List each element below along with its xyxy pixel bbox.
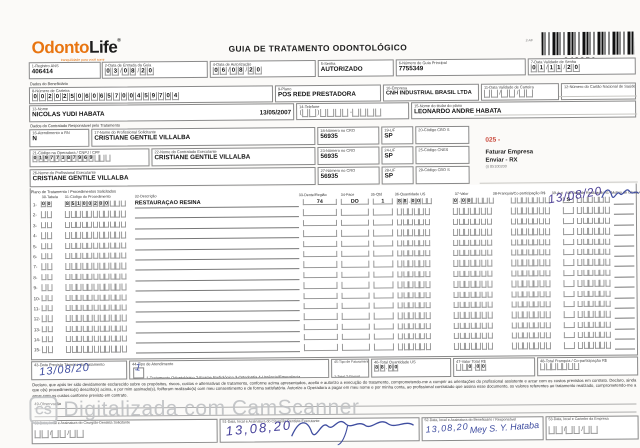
col-valor [454, 343, 493, 350]
col-quantidade-us [398, 302, 432, 309]
field-validade-senha: 7-Data Validade de Senha 01/11/20 [528, 58, 636, 76]
col-valor [454, 291, 493, 298]
field-value: SP [384, 133, 410, 141]
field-atendimento-rn: 16-Atendimento a RN N [29, 129, 89, 147]
col-face [342, 303, 370, 310]
col-face [341, 271, 369, 278]
row-number: 9- [33, 285, 37, 290]
birthdate-value: 13/05/2007 [260, 110, 292, 118]
col-valor [453, 229, 492, 236]
col-franquia [511, 218, 550, 225]
col-franquia [511, 228, 550, 235]
col-codigo-procedimento [65, 284, 127, 291]
col-tabela [41, 243, 52, 249]
col-tabela [42, 326, 53, 332]
col-aut [563, 280, 574, 286]
row-number: 5- [33, 244, 37, 249]
col-assinatura-line [614, 217, 634, 225]
field-cbo-executante: 29-Código CBO S [416, 166, 470, 184]
col-aut [563, 228, 574, 234]
col-tabela [41, 253, 52, 259]
col-codigo-procedimento [66, 346, 128, 353]
col-descricao [136, 324, 300, 333]
col-face [342, 313, 370, 320]
field-value: SP [384, 153, 410, 161]
field-label: 53-Data, local e Carimbo da Empresa [549, 418, 636, 423]
treatment-table: 30-Tabela 31-Código do Procedimento 32-D… [30, 184, 638, 361]
field-contratado-executante: 22-Nome do Contratado Executante CRISTIA… [151, 147, 315, 166]
date-boxes: // [35, 429, 215, 438]
field-value: CRISTIANE GENTILE VILLALBA [33, 173, 313, 183]
row-number: 4- [33, 233, 37, 238]
section-plano: Plano de Tratamento / Procedimentos Soli… [31, 189, 116, 195]
col-face [342, 334, 370, 341]
col-franquia [512, 301, 551, 308]
col-assinatura-line [614, 248, 634, 256]
date-boxes: 03/08/20 [105, 67, 205, 76]
col-franquia [511, 260, 550, 267]
col-codigo-procedimento [66, 304, 128, 311]
col-dente-regiao [303, 251, 337, 258]
col-franquia [511, 270, 550, 277]
col-valor [454, 302, 493, 309]
col-dente-regiao [304, 344, 338, 351]
col-codigo-procedimento [66, 325, 128, 332]
col-valor [454, 322, 493, 329]
col-quantidade-us [397, 281, 431, 288]
camscanner-watermark: CS Digitalizada com CamScanner [29, 394, 359, 425]
col-qtd [374, 334, 394, 341]
col-assinatura-line [615, 300, 635, 308]
col-aut [563, 207, 574, 213]
field-uf-executante: 24-UF SP [381, 146, 413, 164]
digit-boxes: 0,00 [456, 364, 532, 371]
col-data-realizacao [578, 332, 612, 339]
col-codigo-procedimento [65, 242, 127, 249]
col-aut [564, 311, 575, 317]
col-franquia [512, 343, 551, 350]
col-assinatura-line [615, 332, 635, 340]
col-dente-regiao [303, 272, 337, 279]
col-face: DO [341, 199, 369, 206]
col-face [341, 282, 369, 289]
field-label: 25-Código CNES [418, 148, 466, 153]
col-dente-regiao [303, 282, 337, 289]
col-tabela [41, 263, 52, 269]
col-data-realizacao [578, 290, 612, 297]
col-assinatura-line [614, 280, 634, 288]
col-quantidade-us [398, 292, 432, 299]
row-number: 7- [33, 265, 37, 270]
col-descricao [135, 210, 299, 219]
col-data-realizacao [577, 249, 611, 256]
field-value: 56935 [320, 133, 376, 141]
col-aut [563, 239, 574, 245]
field-nome-beneficiario: 13-Nome NICOLAS YUDI HABATA 13/05/2007 [29, 103, 294, 122]
col-data-realizacao [578, 311, 612, 318]
field-carimbo-empresa: 53-Data, local e Carimbo da Empresa // [546, 416, 639, 441]
col-dente-regiao [304, 292, 338, 299]
col-valor [453, 208, 492, 215]
col-data-realizacao [577, 259, 611, 266]
col-dente-regiao [303, 261, 337, 268]
col-valor [453, 250, 492, 257]
field-data-entrada-guia: 2-Data de Entrada da Guia 03/08/20 [102, 61, 208, 79]
col-quantidade-us [397, 209, 431, 216]
field-valor-total: 47-Valor Total R$ 0,00 [453, 357, 535, 377]
col-tabela [41, 274, 52, 280]
col-aut [563, 249, 574, 255]
col-tabela [41, 222, 52, 228]
col-header: 36-Quantidade US [395, 192, 426, 196]
col-tabela [42, 336, 53, 342]
col-qtd [374, 292, 394, 299]
field-value: SP [385, 173, 411, 181]
col-face [341, 209, 369, 216]
field-value: NICOLAS YUDI HABATA [32, 111, 104, 119]
handwritten-tipo-mark: 1 [135, 362, 142, 373]
field-cro-prof-executante: 27-Número no CRO 56935 [318, 167, 380, 185]
field-total-quantidade-us: 46-Total Quantidade US 88,00 [371, 358, 451, 378]
col-qtd [373, 209, 393, 216]
field-value: CRISTIANE GENTILE VILLALBA [94, 133, 312, 142]
col-aut [564, 301, 575, 307]
col-descricao: RESTAURAÇÃO RESINA [135, 199, 299, 208]
field-profissional-executante: 26-Nome do Profissional Executante CRIST… [30, 167, 316, 187]
field-plano: 9-Plano POS REDE PRESTADORA [275, 85, 381, 103]
col-face [341, 240, 369, 247]
registered-mark: ® [117, 38, 120, 44]
col-franquia [512, 322, 551, 329]
col-franquia [511, 249, 550, 256]
col-valor [453, 260, 492, 267]
field-label: 29-Código CBO S [419, 168, 467, 173]
col-franquia [512, 291, 551, 298]
col-aut [564, 332, 575, 338]
corner-note: 2-AF [526, 38, 534, 42]
col-qtd [373, 282, 393, 289]
col-dente-regiao [304, 303, 338, 310]
col-aut [563, 270, 574, 276]
col-quantidade-us [397, 260, 431, 267]
col-codigo-procedimento [65, 263, 127, 270]
field-codigo-operadora-cpf: 21-Código na Operadora / CNPJ / CPF 0197… [29, 148, 149, 167]
tipo-atendimento-options: 1-Tratamento Odontológico 2-Exame Radiol… [146, 374, 300, 379]
field-data-autorizacao: 4-Data de Autorização 06/08/20 [210, 60, 316, 78]
treatment-table-body: 1- 00 85100200 RESTAURAÇÃO RESINA 74 DO … [31, 196, 637, 357]
col-aut [563, 259, 574, 265]
field-value: 56935 [320, 153, 376, 161]
field-cnes: 25-Código CNES [415, 146, 469, 164]
tipo-faturamento-options: 1-Total 2-Parcial [334, 374, 360, 377]
col-dente-regiao: 74 [303, 199, 337, 206]
col-codigo-procedimento [65, 211, 127, 218]
col-face [342, 344, 370, 351]
signature-scribble-row1 [600, 183, 640, 203]
col-header: 30-Tabela [42, 195, 58, 199]
col-face [342, 323, 370, 330]
col-descricao [135, 241, 299, 250]
col-descricao [135, 251, 299, 260]
col-data-realizacao [578, 321, 612, 328]
col-descricao [135, 262, 299, 271]
field-titular-plano: 15-Nome do titular do plano LEONARDO AND… [411, 101, 636, 120]
col-codigo-procedimento [66, 315, 128, 322]
col-data-realizacao [577, 269, 611, 276]
col-tabela [42, 315, 53, 321]
col-valor [453, 281, 492, 288]
col-assinatura-line [615, 342, 635, 350]
col-data-realizacao [577, 207, 611, 214]
col-quantidade-us [397, 229, 431, 236]
col-dente-regiao [303, 220, 337, 227]
field-cbo-solicitante: 20-Código CBO S [415, 126, 469, 144]
col-franquia [512, 332, 551, 339]
col-header: 38-Franquia/Co-participação R$ [493, 191, 546, 195]
col-valor [454, 333, 493, 340]
col-assinatura-line [615, 311, 635, 319]
field-value: CRISTIANE GENTILE VILLALBA [154, 153, 312, 162]
field-value: 56935 [321, 173, 377, 181]
col-codigo-procedimento [66, 336, 128, 343]
odontolife-logo: OdontoLife® [32, 38, 121, 59]
col-tabela: 00 [41, 201, 52, 207]
field-label: 44-Tipo de Atendimento [132, 361, 326, 367]
row-number: 11- [34, 306, 40, 311]
field-senha: 5-Senha AUTORIZADO [318, 59, 394, 77]
col-descricao [135, 230, 299, 239]
col-descricao [135, 220, 299, 229]
col-quantidade-us [398, 312, 432, 319]
col-header: 37-Valor [455, 192, 469, 196]
col-qtd [374, 344, 394, 351]
col-header: 35-Qtd [371, 193, 382, 197]
col-assinatura-line [615, 321, 635, 329]
col-tabela [42, 305, 53, 311]
col-data-realizacao [578, 301, 612, 308]
col-data-realizacao [577, 238, 611, 245]
col-tabela [41, 232, 52, 238]
col-aut [564, 342, 575, 348]
col-franquia [511, 280, 550, 287]
date-boxes: 06/08/20 [213, 66, 313, 75]
col-qtd [373, 261, 393, 268]
col-tabela [41, 284, 52, 290]
col-descricao [136, 293, 300, 302]
col-valor [454, 312, 493, 319]
field-total-franquia: 48-Total Franquia / Co-participação R$ [537, 357, 638, 377]
page-title: GUIA DE TRATAMENTO ODONTOLÓGICO [229, 42, 408, 53]
col-qtd [374, 313, 394, 320]
phone-boxes: ()- [299, 109, 406, 118]
row-number: 3- [33, 223, 37, 228]
date-boxes: 01/11/20 [531, 64, 633, 73]
col-quantidade-us: 88,00 [397, 198, 433, 205]
col-header: 31-Código do Procedimento [65, 195, 111, 199]
col-tabela [42, 295, 53, 301]
col-dente-regiao [303, 230, 337, 237]
col-aut [564, 291, 575, 297]
col-face [341, 261, 369, 268]
camscanner-text: Digitalizada com CamScanner [63, 396, 359, 422]
col-codigo-procedimento [65, 221, 127, 228]
logo-secondary: Life [89, 38, 117, 57]
col-assinatura-line [615, 290, 635, 298]
col-descricao [136, 334, 300, 343]
row-number: 2- [33, 213, 37, 218]
field-registro-ans: 1-Registro ANS 406414 [29, 62, 101, 80]
col-quantidade-us [397, 219, 431, 226]
row-number: 14- [34, 337, 41, 342]
col-descricao [135, 272, 299, 281]
col-assinatura-line [614, 259, 634, 267]
col-data-realizacao [577, 228, 611, 235]
col-dente-regiao [304, 334, 338, 341]
field-numero-guia-principal: 6-Número de Guia Principal 7755349 [396, 58, 526, 76]
field-uf-prof-executante: 28-UF SP [382, 166, 414, 184]
field-value: N [32, 135, 86, 143]
field-uf-solicitante: 19-UF SP [381, 126, 413, 144]
field-empresa: 10-Empresa CNH INDUSTRIAL BRASIL LTDA [383, 84, 479, 102]
col-qtd [374, 302, 394, 309]
row-number: 1- [33, 202, 37, 207]
col-codigo-procedimento [65, 252, 127, 259]
col-qtd [373, 230, 393, 237]
col-data-realizacao [577, 280, 611, 287]
field-cro-executante: 23-Número no CRO 56935 [317, 147, 379, 165]
col-data-realizacao [578, 342, 612, 349]
section-beneficiario: Dados do Beneficiário [30, 81, 68, 86]
col-quantidade-us [397, 250, 431, 257]
col-franquia [511, 239, 550, 246]
field-value: POS REDE PRESTADORA [278, 91, 378, 99]
col-quantidade-us [397, 271, 431, 278]
col-qtd [373, 240, 393, 247]
field-value: CNH INDUSTRIAL BRASIL LTDA [386, 90, 476, 97]
col-quantidade-us [398, 323, 432, 330]
col-header: 33-Dente/Região [299, 193, 327, 197]
row-number: 15- [34, 348, 41, 353]
field-numero-carteira: 8-Número de Carteira 0020250606570045970… [29, 85, 273, 104]
col-codigo-procedimento: 85100200 [65, 201, 127, 208]
col-assinatura-line [614, 269, 634, 277]
col-valor: 0,00 [453, 198, 495, 205]
digit-boxes: 00202506065700459704 [32, 92, 270, 102]
annotation-code: 025 - [485, 137, 500, 144]
scanned-dental-form: OdontoLife® tranquilidade para você sorr… [0, 0, 640, 448]
col-dente-regiao [304, 313, 338, 320]
col-qtd [373, 219, 393, 226]
row-number: 13- [34, 327, 41, 332]
col-assinatura-line [614, 207, 634, 215]
col-descricao [135, 282, 299, 291]
red-annotation: 025 - Faturar Empresa Enviar - RX (i) 85… [485, 126, 533, 169]
col-face [341, 219, 369, 226]
col-codigo-procedimento [65, 273, 127, 280]
col-codigo-procedimento [66, 294, 128, 301]
field-tipo-faturamento: 45-Tipo de Faturamento 1-Total 2-Parcial [331, 359, 369, 378]
col-dente-regiao [303, 240, 337, 247]
annotation-line: (i) 85100200 [486, 164, 534, 169]
col-dente-regiao [303, 209, 337, 216]
field-value: 406414 [32, 68, 98, 76]
col-header: 34-Face [341, 193, 355, 197]
col-qtd [373, 271, 393, 278]
col-aut [563, 218, 574, 224]
col-tabela [42, 347, 53, 353]
digit-boxes: 88,00 [374, 364, 448, 371]
date-boxes: // [484, 89, 556, 98]
col-franquia [511, 197, 550, 204]
form-sheet: OdontoLife® tranquilidade para você sorr… [0, 0, 640, 448]
col-header: 32-Descrição [135, 194, 157, 198]
col-face [342, 292, 370, 299]
col-aut [564, 322, 575, 328]
col-data-realizacao [577, 217, 611, 224]
row-number: 12- [34, 316, 41, 321]
col-descricao [136, 303, 300, 312]
col-franquia [512, 311, 551, 318]
digit-boxes: 01977387969 [32, 155, 146, 162]
col-descricao [136, 313, 300, 322]
col-qtd [374, 323, 394, 330]
col-assinatura-line [614, 228, 634, 236]
field-label: 12-Número do Cartão Nacional de Saúde [564, 85, 633, 90]
col-quantidade-us [398, 333, 432, 340]
field-validade-carteira: 11-Data Validade de Carteira // [481, 83, 559, 101]
field-value: 7755349 [399, 65, 523, 74]
field-telefone: 14-Telefone ()- [296, 102, 409, 120]
col-valor [453, 270, 492, 277]
field-cartao-nacional-saude: 12-Número do Cartão Nacional de Saúde [561, 83, 636, 101]
field-label: 45-Tipo de Faturamento [334, 361, 366, 365]
date-boxes: // [549, 425, 636, 434]
logo-primary: Odonto [32, 38, 90, 57]
row-number: 8- [33, 275, 37, 280]
col-qtd [373, 250, 393, 257]
row-number: 6- [33, 254, 37, 259]
col-franquia [511, 208, 550, 215]
col-quantidade-us [398, 344, 432, 351]
barcode [542, 32, 635, 56]
camscanner-logo: CS [29, 396, 57, 424]
row-number: 10- [34, 296, 41, 301]
col-face [341, 251, 369, 258]
field-value: AUTORIZADO [321, 66, 391, 74]
field-profissional-solicitante: 17-Nome do Profissional Solicitante CRIS… [91, 127, 315, 147]
field-tipo-atendimento: 44-Tipo de Atendimento 1-Tratamento Odon… [129, 359, 329, 380]
col-valor [453, 218, 492, 225]
col-tabela [41, 211, 52, 217]
digit-boxes [540, 363, 635, 370]
col-face [341, 230, 369, 237]
col-quantidade-us [397, 240, 431, 247]
col-valor [453, 239, 492, 246]
col-assinatura-line [614, 238, 634, 246]
col-descricao [136, 345, 300, 354]
col-qtd: 1 [373, 198, 393, 205]
annotation-line: Faturar Empresa [485, 148, 533, 156]
section-contratado: Dados do Contratado Responsável pelo Tra… [30, 123, 120, 129]
col-dente-regiao [304, 324, 338, 331]
col-codigo-procedimento [65, 232, 127, 239]
field-cro-solicitante: 18-Número no CRO 56935 [317, 127, 379, 145]
field-label: 20-Código CBO S [418, 128, 466, 133]
